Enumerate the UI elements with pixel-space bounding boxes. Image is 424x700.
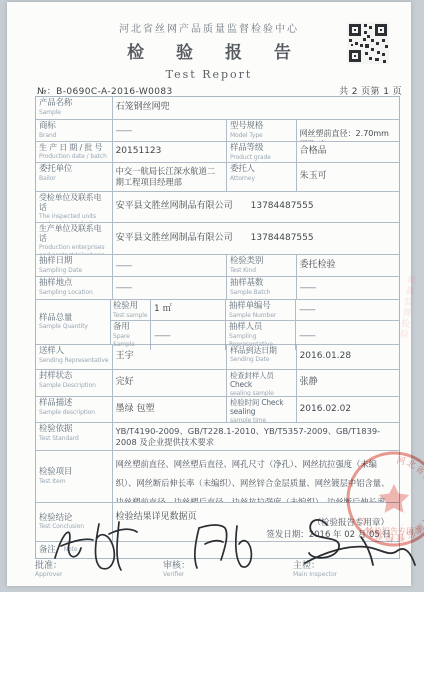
sample-number-label: 抽样单编号 Sample Number — [226, 300, 296, 320]
test-kind-label: 检验类别 Test Kind — [227, 255, 297, 276]
test-sample-label: 检验用 Test sample — [111, 300, 151, 320]
arrival-date-label: 样品到达日期 Sending Date — [227, 345, 297, 369]
grade-label: 样品等级 Product grade — [227, 142, 297, 162]
standard-label: 检验依据 Test Standard — [36, 423, 113, 450]
seal-state-label: 封样状态 Sample Description — [36, 370, 113, 396]
inspected-phone: 13784487555 — [251, 201, 314, 211]
sender-value: 王宇 — [113, 345, 227, 369]
sender-label: 送样人 Sending Representative — [36, 345, 113, 369]
table-row: 生产单位及联系电话 Production enterprises and con… — [36, 223, 399, 255]
model-label: 型号规格 Model Type — [227, 120, 297, 141]
brand-value: ------- — [113, 120, 227, 141]
arrival-date-value: 2016.01.28 — [297, 345, 399, 369]
producer-unit-label: 生产单位及联系电话 Production enterprises and con… — [36, 223, 113, 254]
production-date-value: 20151123 — [113, 142, 227, 162]
scanned-page-background: 河北省丝网产品质量监督检验中心 检 验 报 告 Test Report — [0, 0, 424, 592]
table-row: 检验结论 Test Conclusion 检验结果详见数据页 （检验报告专用章）… — [36, 503, 399, 542]
table-row: 备注 Note — [36, 542, 399, 558]
sample-batch-value: ------- — [297, 277, 399, 299]
report-subtitle: Test Report — [7, 68, 411, 81]
sampling-date-value: ------- — [113, 255, 227, 276]
stamp-note: （检验报告专用章） — [312, 516, 389, 528]
sample-label: 产品名称 Sample — [36, 97, 113, 119]
main-inspector-label: 主检： Main Inspector — [293, 558, 400, 578]
report-paper: 河北省丝网产品质量监督检验中心 检 验 报 告 Test Report — [7, 2, 411, 586]
grade-value: 合格品 — [297, 142, 399, 162]
note-row: 备注 Note — [36, 542, 399, 558]
sample-quantity-label: 样品总量 Sample Quantity — [36, 300, 111, 344]
producer-phone: 13784487555 — [251, 233, 314, 243]
test-sample-value: 1 ㎡ — [151, 300, 226, 320]
sample-number-value: ------- — [296, 300, 399, 320]
table-row: 抽样地点 Sampling Location ------- 抽样基数 Samp… — [36, 277, 399, 300]
report-table: 产品名称 Sample 石笼钢丝网兜 商标 Brand ------- — [35, 96, 400, 559]
table-row: 封样状态 Sample Description 完好 检查封样人员 Check … — [36, 370, 399, 397]
verifier-label: 审核： Verifier — [163, 558, 293, 578]
test-time-label: 检验时间 Check sealing sample time — [227, 397, 297, 422]
test-items-value: 网丝塑前直径、网丝塑后直径、网孔尺寸（净孔）、网丝抗拉强度（未编织）、网丝断后伸… — [113, 451, 399, 502]
table-row: 抽样日期 Sampling Date ------- 检验类别 Test Kin… — [36, 255, 399, 277]
seal-checker-value: 张静 — [297, 370, 399, 396]
description-label: 样品描述 Sample description — [36, 397, 113, 422]
model-value: 网丝塑前直径：2.70mm 网孔(净孔):80mm×100mm — [297, 120, 399, 141]
bailor-label: 委托单位 Bailor — [36, 163, 113, 191]
table-row: 生 产 日 期 / 批 号 Production date / batch 20… — [36, 142, 399, 163]
seal-state-value: 完好 — [113, 370, 227, 396]
sampling-location-label: 抽样地点 Sampling Location — [36, 277, 113, 299]
table-row: 商标 Brand ------- 型号规格 Model Type 网丝塑前直径：… — [36, 120, 399, 142]
table-row: 受检单位及联系电话 The inspected units and contac… — [36, 192, 399, 223]
qr-code-icon — [347, 22, 389, 64]
table-row: 样品总量 Sample Quantity 检验用 Test sample 1 ㎡ — [36, 300, 399, 345]
table-row: 样品描述 Sample description 墨绿 包塑 检验时间 Check… — [36, 397, 399, 423]
seal-checker-label: 检查封样人员 Check sealing sample personnel — [227, 370, 297, 396]
production-date-label: 生 产 日 期 / 批 号 Production date / batch — [36, 142, 113, 162]
producer-unit-value: 安平县文胜丝网制品有限公司13784487555 — [113, 223, 399, 254]
table-row: 检验依据 Test Standard YB/T4190-2009、GB/T228… — [36, 423, 399, 451]
attorney-label: 委托人 Attorney — [227, 163, 297, 191]
sampling-date-label: 抽样日期 Sampling Date — [36, 255, 113, 276]
description-value: 墨绿 包塑 — [113, 397, 227, 422]
sample-batch-label: 抽样基数 Sample Batch — [227, 277, 297, 299]
signature-strip: 批准： Approver 审核： Verifier 主检： Main Inspe… — [35, 558, 400, 578]
sampling-location-value: ------- — [113, 277, 227, 299]
conclusion-label: 检验结论 Test Conclusion — [36, 503, 113, 541]
brand-label: 商标 Brand — [36, 120, 113, 141]
sample-quantity-subtable: 检验用 Test sample 1 ㎡ 抽样单编号 Sample Number — [111, 300, 399, 344]
test-kind-value: 委托检验 — [297, 255, 399, 276]
test-time-value: 2016.02.02 — [297, 397, 399, 422]
conclusion-value: 检验结果详见数据页 （检验报告专用章） 签发日期：2016 年 02 月 05 … — [113, 503, 399, 541]
standard-value: YB/T4190-2009、GB/T228.1-2010、YB/T5357-20… — [113, 423, 399, 450]
table-row: 检验项目 Test Item 网丝塑前直径、网丝塑后直径、网孔尺寸（净孔）、网丝… — [36, 451, 399, 503]
bailor-value: 中交一航局长江深水航道二期工程项目经理部 — [113, 163, 227, 191]
sample-value: 石笼钢丝网兜 — [113, 97, 399, 119]
approver-label: 批准： Approver — [35, 558, 163, 578]
table-row: 送样人 Sending Representative 王宇 样品到达日期 Sen… — [36, 345, 399, 370]
inspected-unit-label: 受检单位及联系电话 The inspected units and contac… — [36, 192, 113, 222]
test-items-label: 检验项目 Test Item — [36, 451, 113, 502]
issue-date: 签发日期：2016 年 02 月 05 日 — [266, 528, 391, 540]
screenshot: 河北省丝网产品质量监督检验中心 检 验 报 告 Test Report — [0, 0, 424, 700]
attorney-value: 朱玉可 — [297, 163, 399, 191]
test-sample-subrow: 检验用 Test sample 1 ㎡ 抽样单编号 Sample Number — [111, 300, 399, 321]
inspected-unit-value: 安平县文胜丝网制品有限公司13784487555 — [113, 192, 399, 222]
table-row: 委托单位 Bailor 中交一航局长江深水航道二期工程项目经理部 委托人 Att… — [36, 163, 399, 192]
table-row: 产品名称 Sample 石笼钢丝网兜 — [36, 97, 399, 120]
